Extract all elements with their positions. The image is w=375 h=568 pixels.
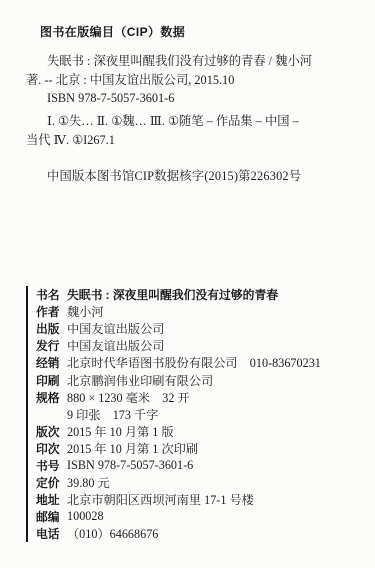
- table-row: 定价 39.80 元: [36, 474, 321, 491]
- table-row: 规格 880 × 1230 毫米 32 开: [36, 389, 321, 406]
- row-value: （010）64668676: [67, 525, 158, 542]
- row-value: 100028: [67, 509, 104, 524]
- cip-classification-line1: Ⅰ. ①失… Ⅱ. ①魏… Ⅲ. ①随笔 – 作品集 – 中国 –: [26, 112, 361, 131]
- table-row: 书号 ISBN 978-7-5057-3601-6: [36, 457, 321, 474]
- row-value: 9 印张 173 千字: [67, 406, 158, 423]
- table-row: 印刷 北京鹏润伟业印刷有限公司: [36, 371, 321, 388]
- cip-entry-publisher-line: 著. -- 北京 : 中国友谊出版公司, 2015.10: [26, 71, 361, 90]
- colophon-table: 书名 失眠书 : 深夜里叫醒我们没有过够的青春 作者 魏小河 出版 中国友谊出版…: [26, 286, 321, 542]
- row-label: 邮编: [36, 508, 60, 525]
- row-label: 规格: [36, 389, 60, 406]
- book-copyright-page: 图书在版编目（CIP）数据 失眠书 : 深夜里叫醒我们没有过够的青春 / 魏小河…: [0, 0, 375, 568]
- table-row: 出版 中国友谊出版公司: [36, 320, 321, 337]
- table-row: 版次 2015 年 10 月第 1 版: [36, 423, 321, 440]
- row-label: 定价: [36, 474, 60, 491]
- row-label: 出版: [36, 320, 60, 337]
- row-value: 北京鹏润伟业印刷有限公司: [67, 372, 213, 389]
- row-value: 魏小河: [67, 303, 104, 320]
- cip-entry-paragraph: 失眠书 : 深夜里叫醒我们没有过够的青春 / 魏小河 著. -- 北京 : 中国…: [26, 52, 361, 108]
- row-value: 中国友谊出版公司: [67, 337, 165, 354]
- cip-classification: Ⅰ. ①失… Ⅱ. ①魏… Ⅲ. ①随笔 – 作品集 – 中国 – 当代 Ⅳ. …: [26, 112, 361, 149]
- row-value: ISBN 978-7-5057-3601-6: [67, 458, 193, 473]
- row-value: 880 × 1230 毫米 32 开: [67, 389, 190, 406]
- row-value: 北京市朝阳区西坝河南里 17-1 号楼: [67, 491, 254, 508]
- row-label: 发行: [36, 337, 60, 354]
- row-label: 书号: [36, 457, 60, 474]
- table-row: 9 印张 173 千字: [36, 406, 321, 423]
- row-label: 经销: [36, 354, 60, 371]
- cip-entry-isbn-line: ISBN 978-7-5057-3601-6: [26, 89, 361, 108]
- row-label: 作者: [36, 303, 60, 320]
- row-value: 北京时代华语图书股份有限公司 010-83670231: [67, 354, 321, 371]
- row-label: 书名: [36, 286, 60, 303]
- row-label: 版次: [36, 423, 60, 440]
- cip-classification-line2: 当代 Ⅳ. ①I267.1: [26, 131, 361, 150]
- row-value: 2015 年 10 月第 1 版: [67, 423, 174, 440]
- table-row: 经销 北京时代华语图书股份有限公司 010-83670231: [36, 354, 321, 371]
- row-value: 失眠书 : 深夜里叫醒我们没有过够的青春: [67, 286, 278, 303]
- row-value: 2015 年 10 月第 1 次印刷: [67, 440, 198, 457]
- row-label: 地址: [36, 491, 60, 508]
- table-row: 书名 失眠书 : 深夜里叫醒我们没有过够的青春: [36, 286, 321, 303]
- row-value: 中国友谊出版公司: [67, 320, 165, 337]
- cip-entry-title-line: 失眠书 : 深夜里叫醒我们没有过够的青春 / 魏小河: [26, 52, 361, 71]
- row-label: 印次: [36, 440, 60, 457]
- row-label: 电话: [36, 525, 60, 542]
- row-value: 39.80 元: [67, 474, 110, 491]
- cip-record-number: 中国版本图书馆CIP数据核字(2015)第226302号: [47, 166, 301, 184]
- row-label: 印刷: [36, 372, 60, 389]
- table-row: 作者 魏小河: [36, 303, 321, 320]
- table-row: 发行 中国友谊出版公司: [36, 337, 321, 354]
- cip-header: 图书在版编目（CIP）数据: [40, 23, 185, 40]
- table-row: 地址 北京市朝阳区西坝河南里 17-1 号楼: [36, 491, 321, 508]
- table-row: 印次 2015 年 10 月第 1 次印刷: [36, 440, 321, 457]
- table-row: 电话 （010）64668676: [36, 525, 321, 542]
- table-row: 邮编 100028: [36, 508, 321, 525]
